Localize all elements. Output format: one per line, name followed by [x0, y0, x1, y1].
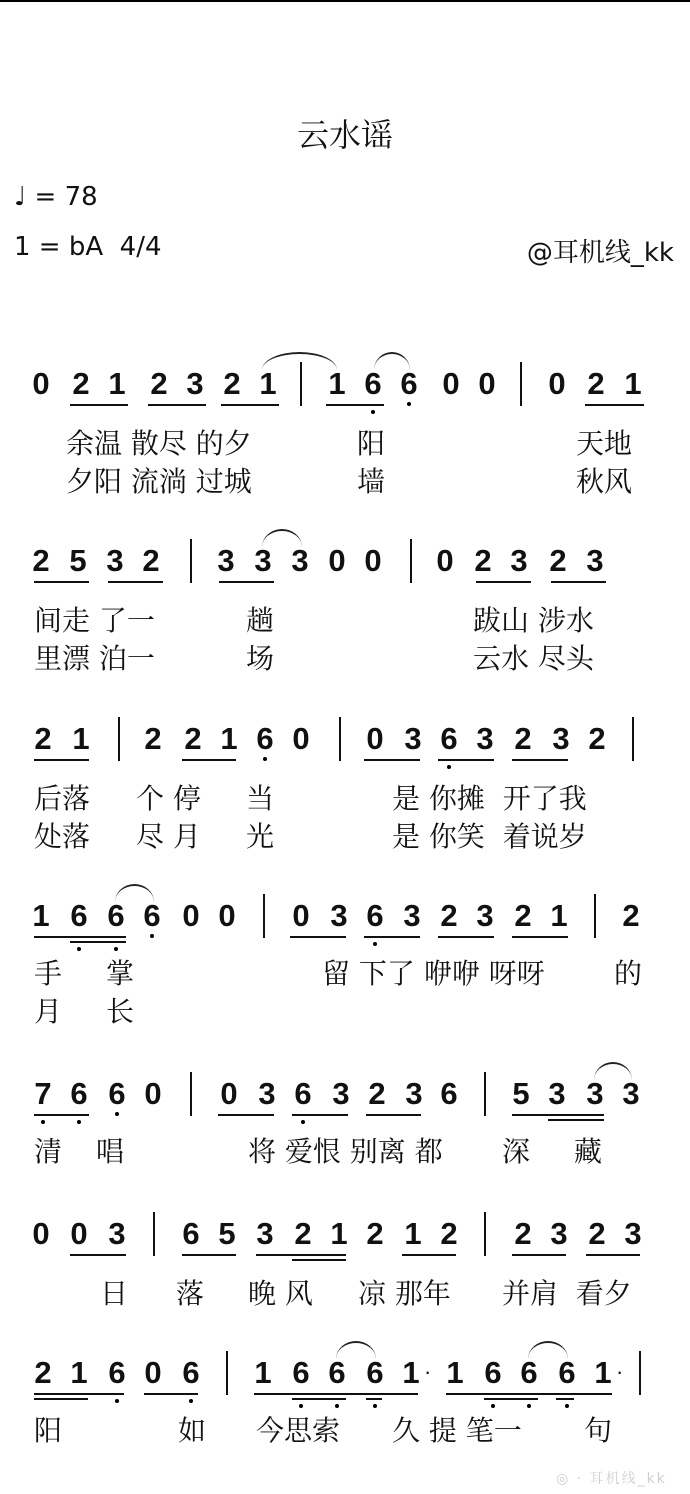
note: 1	[444, 1355, 466, 1391]
note: 3	[622, 1216, 644, 1252]
note-digit: 0	[364, 543, 381, 578]
lyric-text: 久 提 笔一	[392, 1415, 522, 1447]
note: 2	[366, 1076, 388, 1112]
beam-underline	[366, 1398, 382, 1400]
note: 5	[67, 543, 89, 579]
note: 7	[32, 1076, 54, 1112]
note-digit: 6	[294, 1076, 311, 1111]
note: 1	[252, 1355, 274, 1391]
note: 5	[216, 1216, 238, 1252]
lyric-text: 跋山 涉水	[473, 605, 594, 637]
note: 3	[403, 1076, 425, 1112]
note-digit: 6	[484, 1355, 501, 1390]
bar-line	[190, 1072, 192, 1116]
lyric-text: 凉 那年	[358, 1278, 451, 1310]
lyric-text: 手	[34, 958, 62, 990]
lyric-text: 墙	[357, 466, 385, 498]
note: 2	[32, 1355, 54, 1391]
beam-underline	[34, 936, 126, 938]
note: 2	[364, 1216, 386, 1252]
note-digit: 1	[330, 1216, 347, 1251]
note-digit: 1	[404, 1216, 421, 1251]
note-digit: 6	[256, 721, 273, 756]
note: 0	[364, 721, 386, 757]
note: 3	[104, 543, 126, 579]
note-digit: 0	[70, 1216, 87, 1251]
note-digit: 3	[548, 1076, 565, 1111]
lower-octave-dot	[263, 757, 267, 761]
note-digit: 2	[368, 1076, 385, 1111]
note-digit: 2	[549, 543, 566, 578]
beam-underline	[70, 941, 126, 943]
beam-underline	[512, 1114, 604, 1116]
note: 1	[400, 1355, 422, 1391]
lower-octave-dot	[299, 1404, 303, 1408]
bar-line	[639, 1351, 641, 1395]
note-digit: 3	[622, 1076, 639, 1111]
note: 2	[586, 721, 608, 757]
note-digit: 2	[474, 543, 491, 578]
lyric-text: 当	[246, 783, 274, 815]
note-digit: 6	[107, 898, 124, 933]
beam-underline	[512, 1254, 566, 1256]
beam-underline	[364, 759, 420, 761]
beam-underline	[438, 759, 494, 761]
note-digit: 1	[108, 366, 125, 401]
beam-underline	[221, 404, 279, 406]
note-digit: 2	[587, 366, 604, 401]
note-digit: 2	[588, 721, 605, 756]
note-digit: 1	[220, 721, 237, 756]
note: 3	[328, 898, 350, 934]
note-digit: 0	[292, 898, 309, 933]
lower-octave-dot	[447, 765, 451, 769]
lyric-text: 清	[34, 1136, 62, 1168]
note: 3	[474, 721, 496, 757]
note: 1	[257, 366, 279, 402]
note-digit: 0	[436, 543, 453, 578]
lyric-text: 晚 风	[248, 1278, 313, 1310]
note-digit: 6	[143, 898, 160, 933]
lyric-text: 掌	[106, 958, 134, 990]
lower-octave-dot	[407, 402, 411, 406]
note: 3	[550, 721, 572, 757]
lyric-text: 如	[178, 1415, 206, 1447]
beam-underline	[34, 1114, 89, 1116]
note-digit: 3	[330, 898, 347, 933]
lower-octave-dot	[335, 1404, 339, 1408]
note: 3	[330, 1076, 352, 1112]
note: 3	[508, 543, 530, 579]
note-digit: 3	[332, 1076, 349, 1111]
top-border	[0, 0, 690, 2]
note: 3	[548, 1216, 570, 1252]
note: 1	[68, 1355, 90, 1391]
note: 2	[438, 1216, 460, 1252]
lower-octave-dot	[115, 1112, 119, 1116]
beam-underline	[292, 1259, 346, 1261]
lower-octave-dot	[301, 1120, 305, 1124]
lyric-text: 天地	[576, 428, 632, 460]
lyric-text: 长	[106, 996, 134, 1028]
lyric-text: 余温 散尽 的夕	[66, 428, 252, 460]
note: 2	[70, 366, 92, 402]
note: 0	[362, 543, 384, 579]
note-digit: 1	[550, 898, 567, 933]
lyric-text: 深	[502, 1136, 530, 1168]
lyric-text: 句	[584, 1415, 612, 1447]
note-digit: 3	[476, 898, 493, 933]
beam-underline	[438, 936, 494, 938]
beam-underline	[585, 404, 644, 406]
beam-underline	[512, 759, 568, 761]
note-digit: 1	[328, 366, 345, 401]
note: 6	[68, 898, 90, 934]
tempo-marking: ♩ = 78	[14, 182, 98, 212]
note: 2	[142, 721, 164, 757]
note-digit: 2	[514, 721, 531, 756]
note: 2	[472, 543, 494, 579]
beam-underline	[556, 1398, 574, 1400]
note-digit: 0	[144, 1355, 161, 1390]
key-signature: 1 = bA 4/4	[14, 232, 162, 262]
note: 0	[68, 1216, 90, 1252]
note: 6	[180, 1355, 202, 1391]
note-digit: 5	[69, 543, 86, 578]
note: 6	[398, 366, 420, 402]
note-digit: 0	[548, 366, 565, 401]
note-digit: 3	[624, 1216, 641, 1251]
note-digit: 6	[70, 1076, 87, 1111]
note: 2	[620, 898, 642, 934]
note-digit: 5	[218, 1216, 235, 1251]
tie-slur	[262, 529, 302, 547]
note: 6	[438, 1076, 460, 1112]
note: 3	[474, 898, 496, 934]
note-digit: 6	[70, 898, 87, 933]
note-digit: 6	[366, 1355, 383, 1390]
tie-slur	[374, 352, 410, 370]
note: 2	[547, 543, 569, 579]
note: 3	[215, 543, 237, 579]
note: 1	[328, 1216, 350, 1252]
lyric-text: 今思索	[256, 1415, 340, 1447]
note-digit: 1	[624, 366, 641, 401]
beam-underline	[219, 581, 274, 583]
beam-underline	[218, 1114, 274, 1116]
lower-octave-dot	[41, 1120, 45, 1124]
note-digit: 6	[558, 1355, 575, 1390]
note-digit: 3	[403, 898, 420, 933]
note: 6	[438, 721, 460, 757]
note-digit: 1	[72, 721, 89, 756]
lower-octave-dot	[371, 410, 375, 414]
note: 0	[216, 898, 238, 934]
note-digit: 2	[142, 543, 159, 578]
note: 0	[476, 366, 498, 402]
lyric-text: 日	[100, 1278, 128, 1310]
beam-underline	[551, 581, 606, 583]
note: 0	[30, 366, 52, 402]
lower-octave-dot	[77, 947, 81, 951]
note: 6	[254, 721, 276, 757]
bar-line	[118, 717, 120, 761]
note: 1	[218, 721, 240, 757]
note-digit: 2	[184, 721, 201, 756]
note-digit: 2	[32, 543, 49, 578]
lyric-text: 光	[246, 821, 274, 853]
note-digit: 0	[32, 366, 49, 401]
lyric-text: 处落	[34, 821, 90, 853]
beam-underline	[144, 1393, 198, 1395]
note-digit: 2	[588, 1216, 605, 1251]
lyric-text: 唱	[96, 1136, 124, 1168]
note: 6	[106, 1076, 128, 1112]
note-digit: 3	[586, 543, 603, 578]
note-digit: 1	[594, 1355, 611, 1390]
note-digit: 0	[182, 898, 199, 933]
note-digit: 6	[366, 898, 383, 933]
note-digit: 6	[520, 1355, 537, 1390]
note-digit: 6	[108, 1355, 125, 1390]
note: 2	[585, 366, 607, 402]
note: 6	[364, 1355, 386, 1391]
note-digit: 0	[478, 366, 495, 401]
note: 3	[289, 543, 311, 579]
lyric-text: 并肩 看夕	[502, 1278, 632, 1310]
note: 3	[546, 1076, 568, 1112]
note: 1	[592, 1355, 614, 1391]
lyric-text: 夕阳 流淌 过城	[66, 466, 252, 498]
note-digit: 1	[32, 898, 49, 933]
lyric-text: 将 爱恨 别离 都	[248, 1136, 443, 1168]
note-digit: 5	[512, 1076, 529, 1111]
lyric-text: 里漂 泊一	[34, 643, 155, 675]
note: 3	[620, 1076, 642, 1112]
beam-underline	[364, 936, 420, 938]
note: 2	[292, 1216, 314, 1252]
augmentation-dot: ·	[424, 1359, 431, 1385]
note-digit: 3	[254, 543, 271, 578]
note-digit: 0	[32, 1216, 49, 1251]
lyric-text: 间走 了一	[34, 605, 155, 637]
note: 6	[180, 1216, 202, 1252]
tie-slur	[262, 352, 337, 370]
bar-line	[339, 717, 341, 761]
note: 3	[254, 1216, 276, 1252]
tie-slur	[336, 1341, 376, 1359]
note-digit: 2	[440, 898, 457, 933]
note: 1	[326, 366, 348, 402]
note: 0	[142, 1076, 164, 1112]
note-digit: 1	[70, 1355, 87, 1390]
note: 6	[518, 1355, 540, 1391]
note: 2	[438, 898, 460, 934]
bar-line	[632, 717, 634, 761]
note-digit: 6	[400, 366, 417, 401]
note-digit: 0	[144, 1076, 161, 1111]
note-digit: 6	[292, 1355, 309, 1390]
beam-underline	[108, 581, 163, 583]
beam-underline	[182, 1254, 236, 1256]
beam-underline	[292, 1114, 348, 1116]
beam-underline	[366, 1393, 418, 1395]
note: 2	[148, 366, 170, 402]
bar-line	[410, 539, 412, 583]
beam-underline	[512, 936, 568, 938]
note-digit: 3	[586, 1076, 603, 1111]
bar-line	[594, 894, 596, 938]
lower-octave-dot	[189, 1399, 193, 1403]
lyric-text: 阳	[34, 1415, 62, 1447]
note-digit: 0	[218, 898, 235, 933]
beam-underline	[290, 936, 346, 938]
lower-octave-dot	[491, 1404, 495, 1408]
augmentation-dot: ·	[616, 1359, 623, 1385]
note-digit: 3	[256, 1216, 273, 1251]
lower-octave-dot	[373, 942, 377, 946]
note: 2	[30, 543, 52, 579]
note: 0	[30, 1216, 52, 1252]
bar-line	[484, 1212, 486, 1256]
note-digit: 2	[34, 721, 51, 756]
beam-underline	[256, 1254, 346, 1256]
note: 6	[364, 898, 386, 934]
note: 2	[221, 366, 243, 402]
note-digit: 2	[223, 366, 240, 401]
tie-slur	[528, 1341, 568, 1359]
note: 2	[512, 1216, 534, 1252]
note-digit: 3	[258, 1076, 275, 1111]
beam-underline	[476, 581, 531, 583]
lyric-text: 月	[34, 996, 62, 1028]
note-digit: 7	[34, 1076, 51, 1111]
note: 6	[292, 1076, 314, 1112]
note-digit: 0	[292, 721, 309, 756]
beam-underline	[70, 1254, 126, 1256]
beam-underline	[148, 404, 206, 406]
note-digit: 2	[144, 721, 161, 756]
note: 2	[512, 721, 534, 757]
note-digit: 6	[328, 1355, 345, 1390]
author-handle: @耳机线_kk	[527, 232, 674, 269]
tie-slur	[115, 884, 154, 902]
tie-slur	[594, 1062, 632, 1080]
lyric-text: 阳	[357, 428, 385, 460]
note: 6	[290, 1355, 312, 1391]
lyric-text: 藏	[574, 1136, 602, 1168]
note: 0	[546, 366, 568, 402]
lyric-text: 场	[246, 643, 274, 675]
lyric-text: 是 你摊 开了我	[392, 783, 587, 815]
note-digit: 3	[108, 1216, 125, 1251]
note-digit: 2	[514, 898, 531, 933]
note: 2	[182, 721, 204, 757]
lower-octave-dot	[527, 1404, 531, 1408]
note-digit: 1	[402, 1355, 419, 1390]
beam-underline	[34, 759, 89, 761]
note: 1	[70, 721, 92, 757]
lyric-text: 个 停	[136, 783, 201, 815]
note-digit: 2	[294, 1216, 311, 1251]
beam-underline	[182, 759, 236, 761]
lyric-text: 落	[176, 1278, 204, 1310]
note: 3	[184, 366, 206, 402]
note: 6	[556, 1355, 578, 1391]
beam-underline	[548, 1119, 604, 1121]
beam-underline	[34, 581, 89, 583]
note-digit: 1	[259, 366, 276, 401]
note: 0	[142, 1355, 164, 1391]
note-digit: 3	[217, 543, 234, 578]
note: 3	[256, 1076, 278, 1112]
note: 6	[326, 1355, 348, 1391]
lyric-text: 趟	[246, 605, 274, 637]
note-digit: 6	[108, 1076, 125, 1111]
note: 1	[548, 898, 570, 934]
beam-underline	[484, 1398, 538, 1400]
bar-line	[263, 894, 265, 938]
note-digit: 0	[220, 1076, 237, 1111]
note: 0	[218, 1076, 240, 1112]
note: 2	[140, 543, 162, 579]
note: 3	[584, 1076, 606, 1112]
note: 2	[586, 1216, 608, 1252]
note: 6	[106, 1355, 128, 1391]
note: 0	[290, 898, 312, 934]
note: 3	[106, 1216, 128, 1252]
note-digit: 2	[440, 1216, 457, 1251]
note: 6	[362, 366, 384, 402]
beam-underline	[70, 404, 128, 406]
note-digit: 2	[514, 1216, 531, 1251]
note: 6	[105, 898, 127, 934]
note: 6	[482, 1355, 504, 1391]
lyric-text: 是 你笑 着说岁	[392, 821, 587, 853]
bar-line	[226, 1351, 228, 1395]
beam-underline	[586, 1254, 640, 1256]
note: 3	[584, 543, 606, 579]
lyric-text: 秋风	[576, 466, 632, 498]
note: 0	[434, 543, 456, 579]
note-digit: 3	[476, 721, 493, 756]
note-digit: 0	[442, 366, 459, 401]
lower-octave-dot	[115, 1399, 119, 1403]
note: 1	[30, 898, 52, 934]
note-digit: 2	[366, 1216, 383, 1251]
page-title: 云水谣	[0, 110, 690, 156]
beam-underline	[34, 1398, 88, 1400]
note: 3	[401, 898, 423, 934]
note-digit: 2	[72, 366, 89, 401]
lower-octave-dot	[150, 934, 154, 938]
note-digit: 3	[291, 543, 308, 578]
lower-octave-dot	[114, 947, 118, 951]
note: 3	[402, 721, 424, 757]
note: 1	[106, 366, 128, 402]
beam-underline	[366, 1114, 421, 1116]
note-digit: 6	[182, 1216, 199, 1251]
note-digit: 2	[150, 366, 167, 401]
note: 2	[512, 898, 534, 934]
note: 5	[510, 1076, 532, 1112]
note-digit: 3	[186, 366, 203, 401]
note: 2	[32, 721, 54, 757]
note-digit: 6	[440, 721, 457, 756]
bar-line	[190, 539, 192, 583]
note: 3	[252, 543, 274, 579]
note-digit: 6	[182, 1355, 199, 1390]
